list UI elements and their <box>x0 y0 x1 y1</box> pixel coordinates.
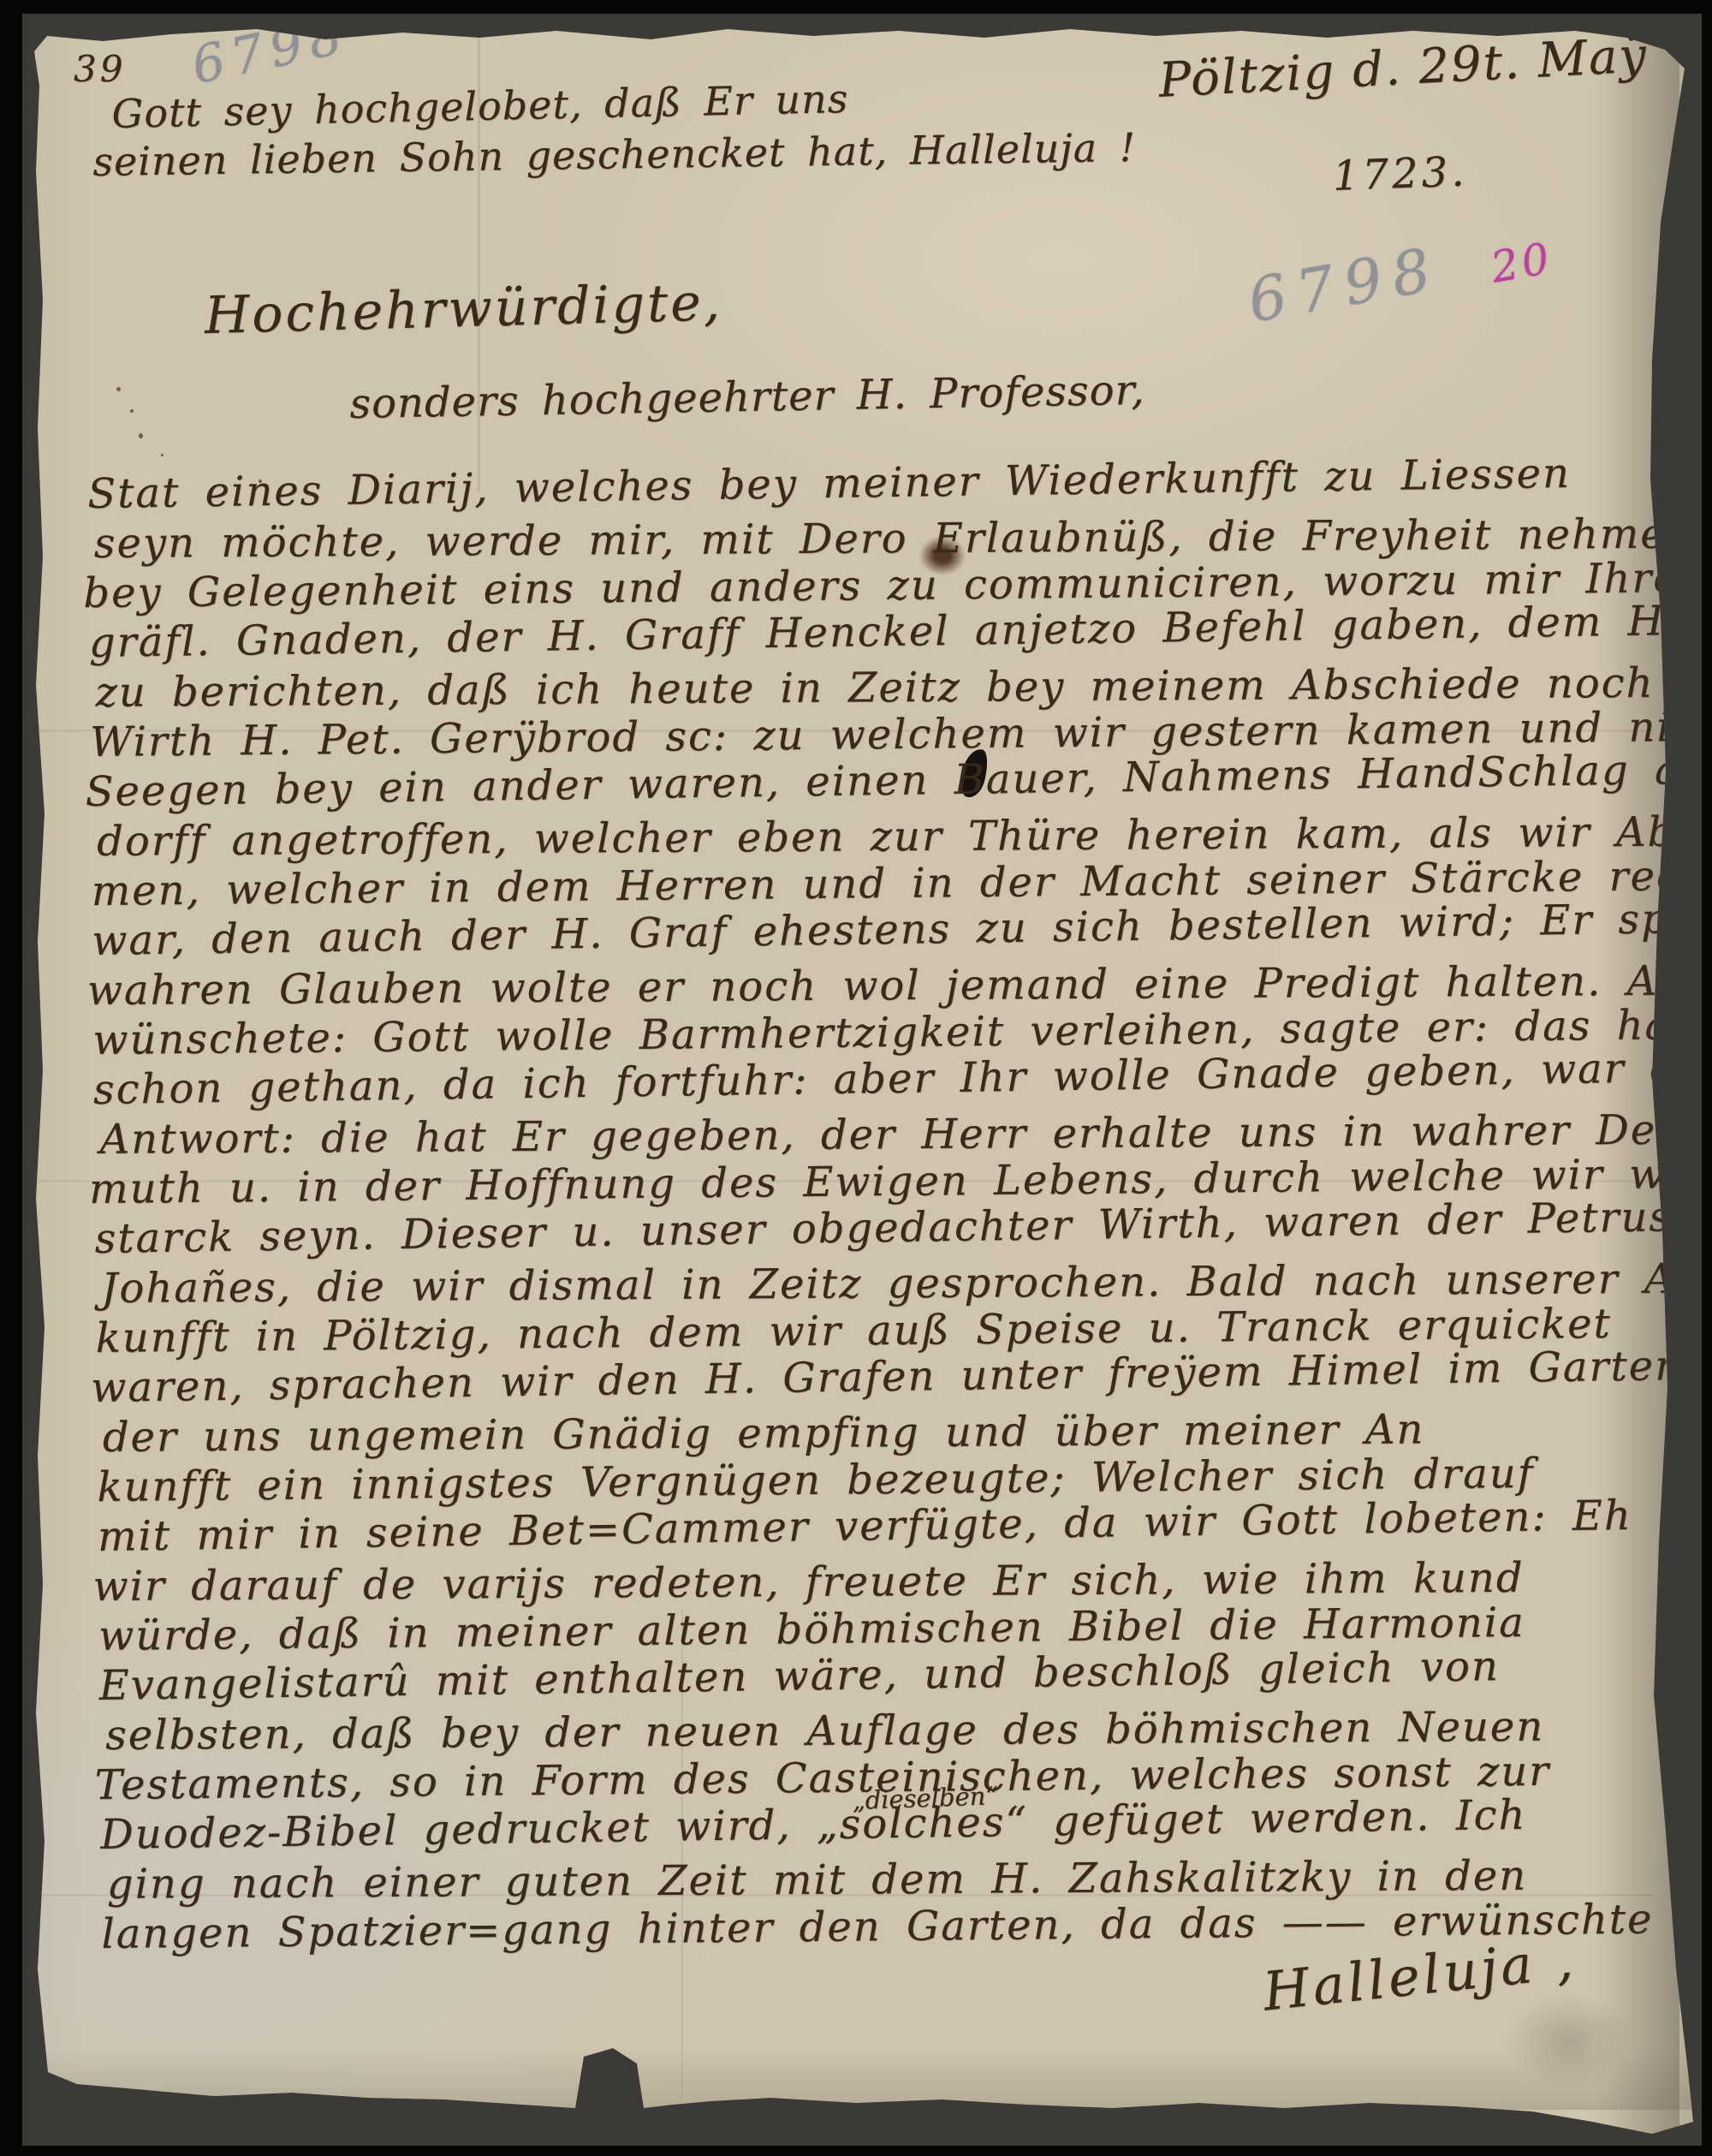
letter-body: Stat eines Diarij, welches bey meiner Wi… <box>87 454 1703 1959</box>
letter-page: 39 6798 6798 20 Pöltzig d. 29t. Maÿ 1723… <box>0 0 1712 2156</box>
dateline-place-date: Pöltzig d. 29t. Maÿ <box>1157 27 1649 109</box>
ink-speck <box>139 433 143 438</box>
salutation-line: sonders hochgeehrter H. Professor, <box>349 366 1145 428</box>
salutation-line: Hochehrwürdigte, <box>204 272 723 346</box>
manuscript-line: Stat eines Diarij, welches bey meiner Wi… <box>87 447 1689 519</box>
ink-speck <box>116 387 121 391</box>
dateline-year: 1723. <box>1332 148 1468 200</box>
archival-pencil-number-middle: 6798 <box>1243 234 1446 337</box>
archival-red-number: 20 <box>1488 233 1557 293</box>
folio-number: 39 <box>74 48 126 90</box>
ink-speck <box>161 454 163 456</box>
interlinear-insertion: „dieselben“ <box>852 1781 999 1815</box>
ink-speck <box>130 409 134 413</box>
